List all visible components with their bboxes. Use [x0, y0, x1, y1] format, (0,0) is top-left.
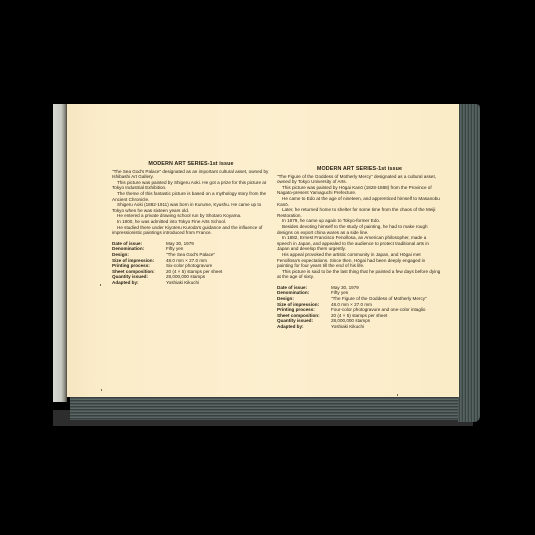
- open-page-spread: MODERN ART SERIES-1st issue "The Sea God…: [67, 104, 459, 397]
- left-paragraph: He studied there under Kiyoteru Kuroda's…: [112, 225, 270, 236]
- right-page-heading: MODERN ART SERIES-1st issue: [277, 167, 442, 173]
- left-paragraph: "The Sea God's Palace" designated as an …: [112, 169, 270, 180]
- left-stamp-details: Date of issue:May 30, 1979 Denomination:…: [112, 241, 270, 286]
- right-paragraph: He came to Edo at the age of nineteen, a…: [277, 196, 442, 207]
- right-page-text: MODERN ART SERIES-1st issue "The Figure …: [277, 167, 442, 330]
- right-paragraph: "The Figure of the Goddess of Motherly M…: [277, 174, 442, 185]
- left-paragraph: Shigeru Aoki (1882-1911) was born in Kur…: [112, 202, 270, 213]
- right-paragraph: In 1882, Ernest Francisco Fenollosa, an …: [277, 235, 442, 252]
- page-edge-left: [53, 104, 67, 402]
- paper-speck: [397, 394, 398, 396]
- paper-speck: [100, 284, 101, 286]
- left-paragraph: The theme of this fantastic picture is b…: [112, 191, 270, 202]
- right-stamp-details: Date of issue:May 30, 1979 Denomination:…: [277, 285, 442, 330]
- left-page-heading: MODERN ART SERIES-1st issue: [112, 162, 270, 168]
- right-paragraph: Besides devoting himself to the study of…: [277, 224, 442, 235]
- paper-speck: [101, 389, 102, 391]
- cloth-cover-right: [458, 104, 480, 422]
- left-page-text: MODERN ART SERIES-1st issue "The Sea God…: [112, 162, 270, 285]
- right-paragraph: His appeal provoked the artistic communi…: [277, 252, 442, 269]
- left-paragraph: This picture was painted by Shigeru Aoki…: [112, 180, 270, 191]
- right-paragraph: This picture is said to be the last thin…: [277, 269, 442, 280]
- cloth-cover-bottom: [70, 396, 480, 420]
- right-paragraph: This picture was painted by Hōgai Kanō (…: [277, 185, 442, 196]
- detail-row-adapted: Adapted by:Yoshiaki Kikuchi: [112, 280, 270, 286]
- right-paragraph: Later, he returned home to shelter for s…: [277, 207, 442, 218]
- detail-row-adapted: Adapted by:Yoshiaki Kikuchi: [277, 324, 442, 330]
